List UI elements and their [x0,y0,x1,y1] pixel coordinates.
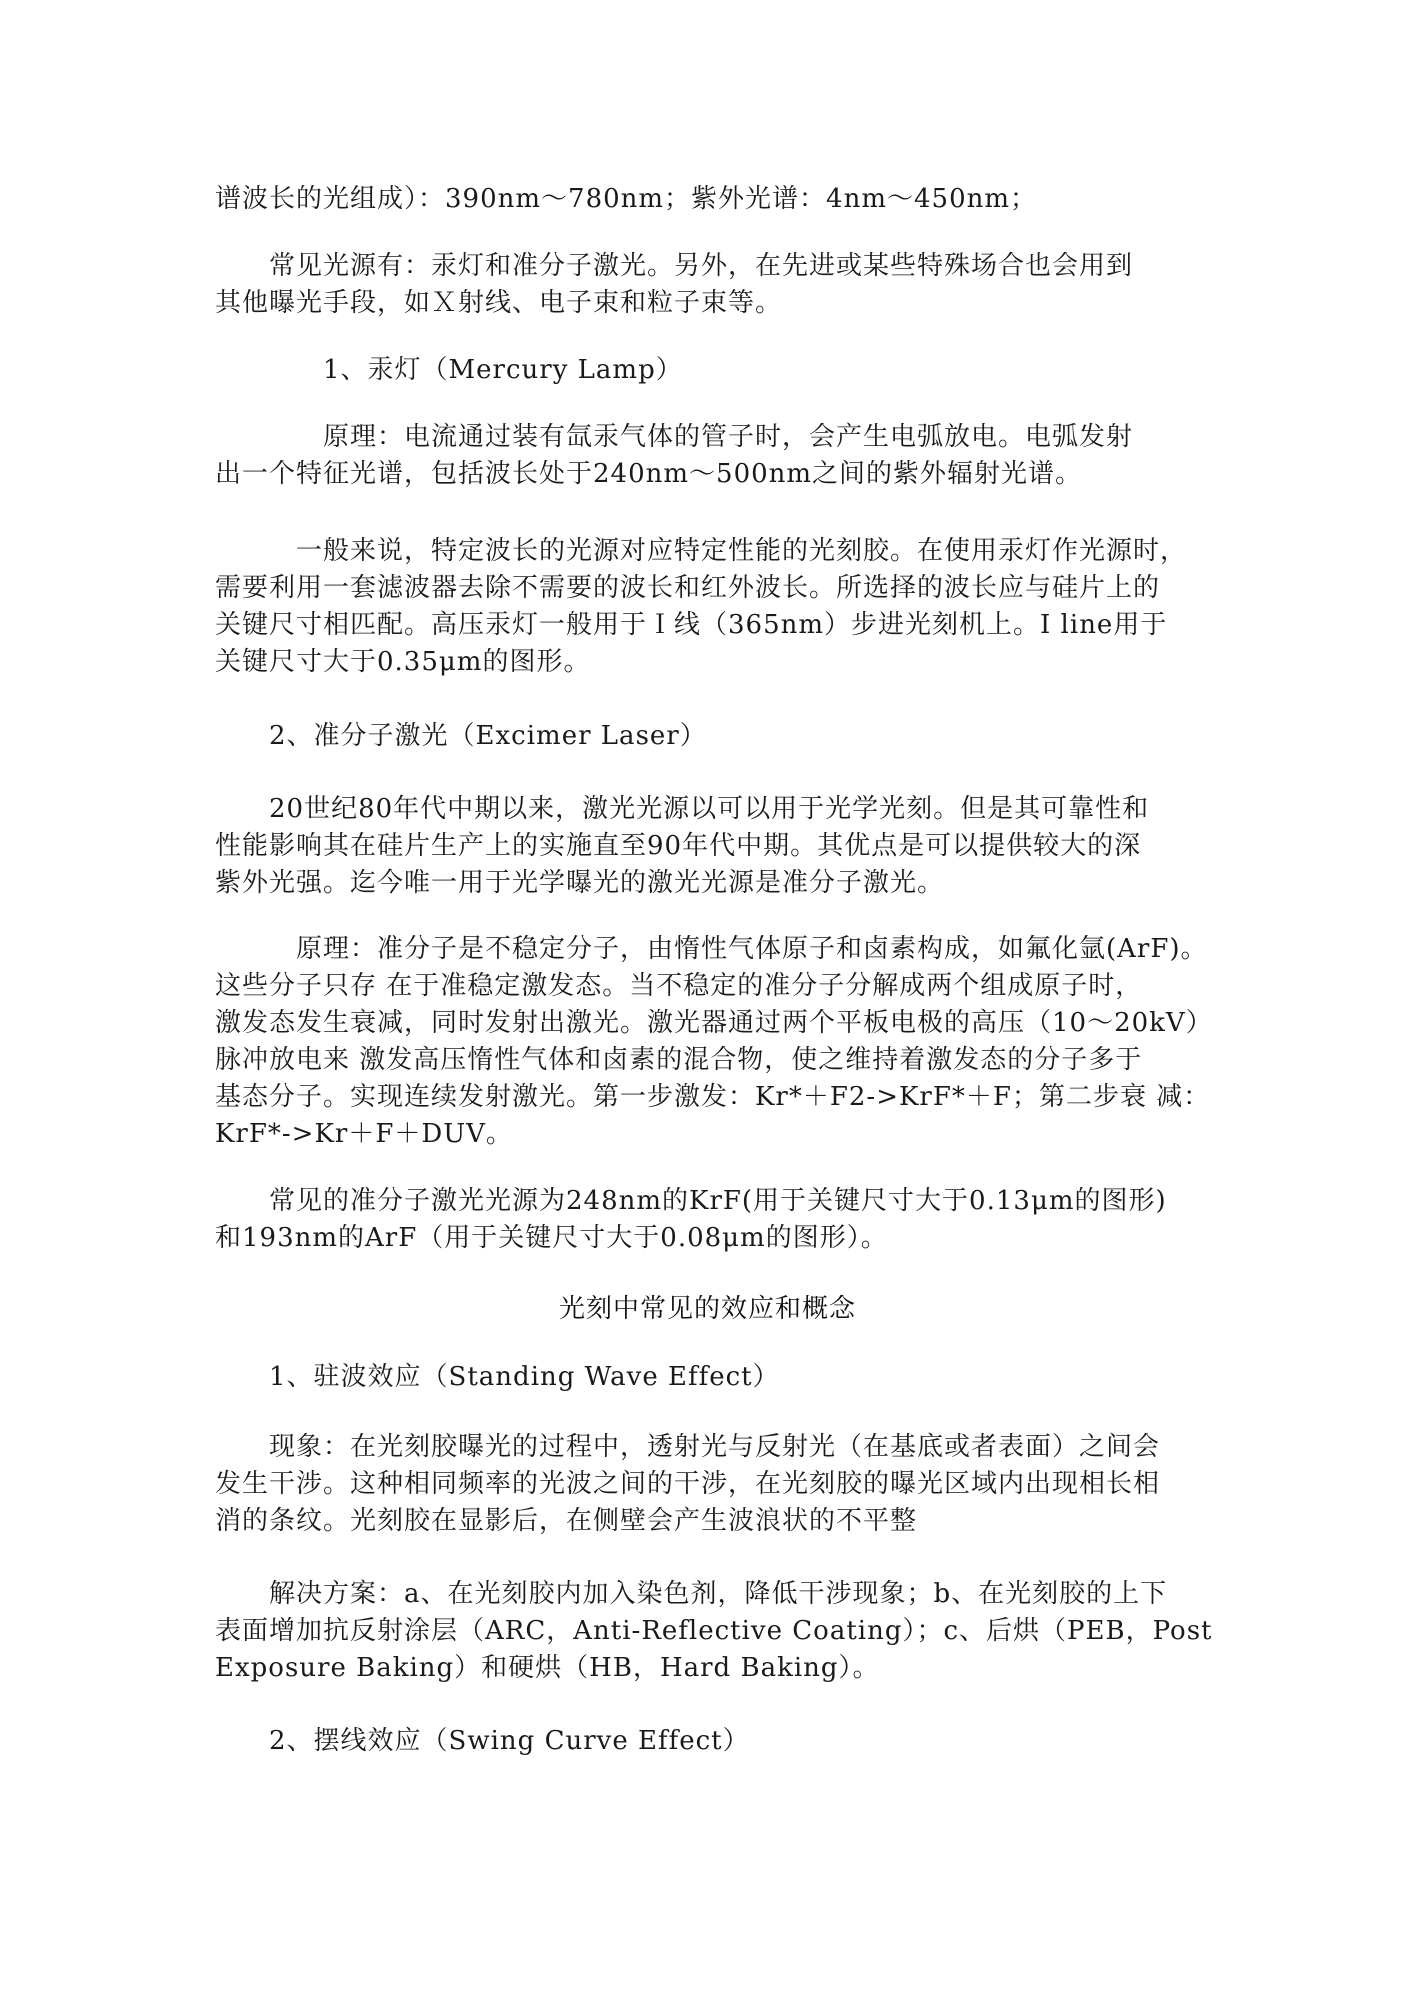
paragraph-line: 脉冲放电来 激发高压惰性气体和卤素的混合物，使之维持着激发态的分子多于 [215,1044,1142,1076]
paragraph-line: 基态分子。实现连续发射激光。第一步激发：Kr*＋F2->KrF*＋F；第二步衰 … [215,1081,1210,1113]
paragraph-line: 发生干涉。这种相同频率的光波之间的干涉，在光刻胶的曝光区域内出现相长相 [215,1468,1160,1500]
paragraph-line: 消的条纹。光刻胶在显影后，在侧壁会产生波浪状的不平整 [215,1505,917,1537]
section-heading-excimer-laser: 2、准分子激光（Excimer Laser） [215,720,707,752]
paragraph-line: 关键尺寸相匹配。高压汞灯一般用于Ｉ线（365nm）步进光刻机上。I line用于 [215,609,1167,641]
paragraph-line: 解决方案：a、在光刻胶内加入染色剂，降低干涉现象；b、在光刻胶的上下 [215,1578,1167,1610]
paragraph-line: 谱波长的光组成）：390nm～780nm；紫外光谱：4nm～450nm； [215,183,1037,215]
paragraph-line: 其他曝光手段，如Ｘ射线、电子束和粒子束等。 [215,287,782,319]
section-heading-standing-wave: 1、驻波效应（Standing Wave Effect） [215,1361,780,1393]
paragraph-line: 出一个特征光谱，包括波长处于240nm～500nm之间的紫外辐射光谱。 [215,458,1082,490]
paragraph-line: 和193nm的ArF（用于关键尺寸大于0.08μm的图形）。 [215,1222,888,1254]
paragraph-line: 常见的准分子激光光源为248nm的KrF(用于关键尺寸大于0.13μm的图形) [215,1185,1167,1217]
paragraph-line: 这些分子只存 在于准稳定激发态。当不稳定的准分子分解成两个组成原子时， [215,970,1142,1002]
paragraph-line: 关键尺寸大于0.35μm的图形。 [215,646,590,678]
paragraph-line: 一般来说，特定波长的光源对应特定性能的光刻胶。在使用汞灯作光源时， [215,535,1187,567]
paragraph-line: 性能影响其在硅片生产上的实施直至90年代中期。其优点是可以提供较大的深 [215,830,1141,862]
paragraph-line: 原理：电流通过装有氙汞气体的管子时，会产生电弧放电。电弧发射 [215,421,1133,453]
paragraph-line: 表面增加抗反射涂层（ARC，Anti-Reflective Coating）；c… [215,1615,1213,1647]
paragraph-line: Exposure Baking）和硬烘（HB，Hard Baking）。 [215,1652,880,1684]
paragraph-line: 需要利用一套滤波器去除不需要的波长和红外波长。所选择的波长应与硅片上的 [215,572,1160,604]
paragraph-line: 激发态发生衰减，同时发射出激光。激光器通过两个平板电极的高压（10～20kV） [215,1007,1213,1039]
paragraph-line: 常见光源有：汞灯和准分子激光。另外，在先进或某些特殊场合也会用到 [215,250,1133,282]
section-heading-mercury-lamp: 1、汞灯（Mercury Lamp） [215,354,683,386]
paragraph-line: 现象：在光刻胶曝光的过程中，透射光与反射光（在基底或者表面）之间会 [215,1431,1160,1463]
paragraph-line: 原理：准分子是不稳定分子，由惰性气体原子和卤素构成，如氟化氩(ArF)。 [215,933,1208,965]
paragraph-line: 20世纪80年代中期以来，激光光源以可以用于光学光刻。但是其可靠性和 [215,793,1149,825]
paragraph-line: 紫外光强。迄今唯一用于光学曝光的激光光源是准分子激光。 [215,867,944,899]
section-heading-swing-curve: 2、摆线效应（Swing Curve Effect） [215,1725,750,1757]
section-title: 光刻中常见的效应和概念 [215,1293,1200,1325]
paragraph-line: KrF*->Kr＋F＋DUV。 [215,1118,513,1150]
